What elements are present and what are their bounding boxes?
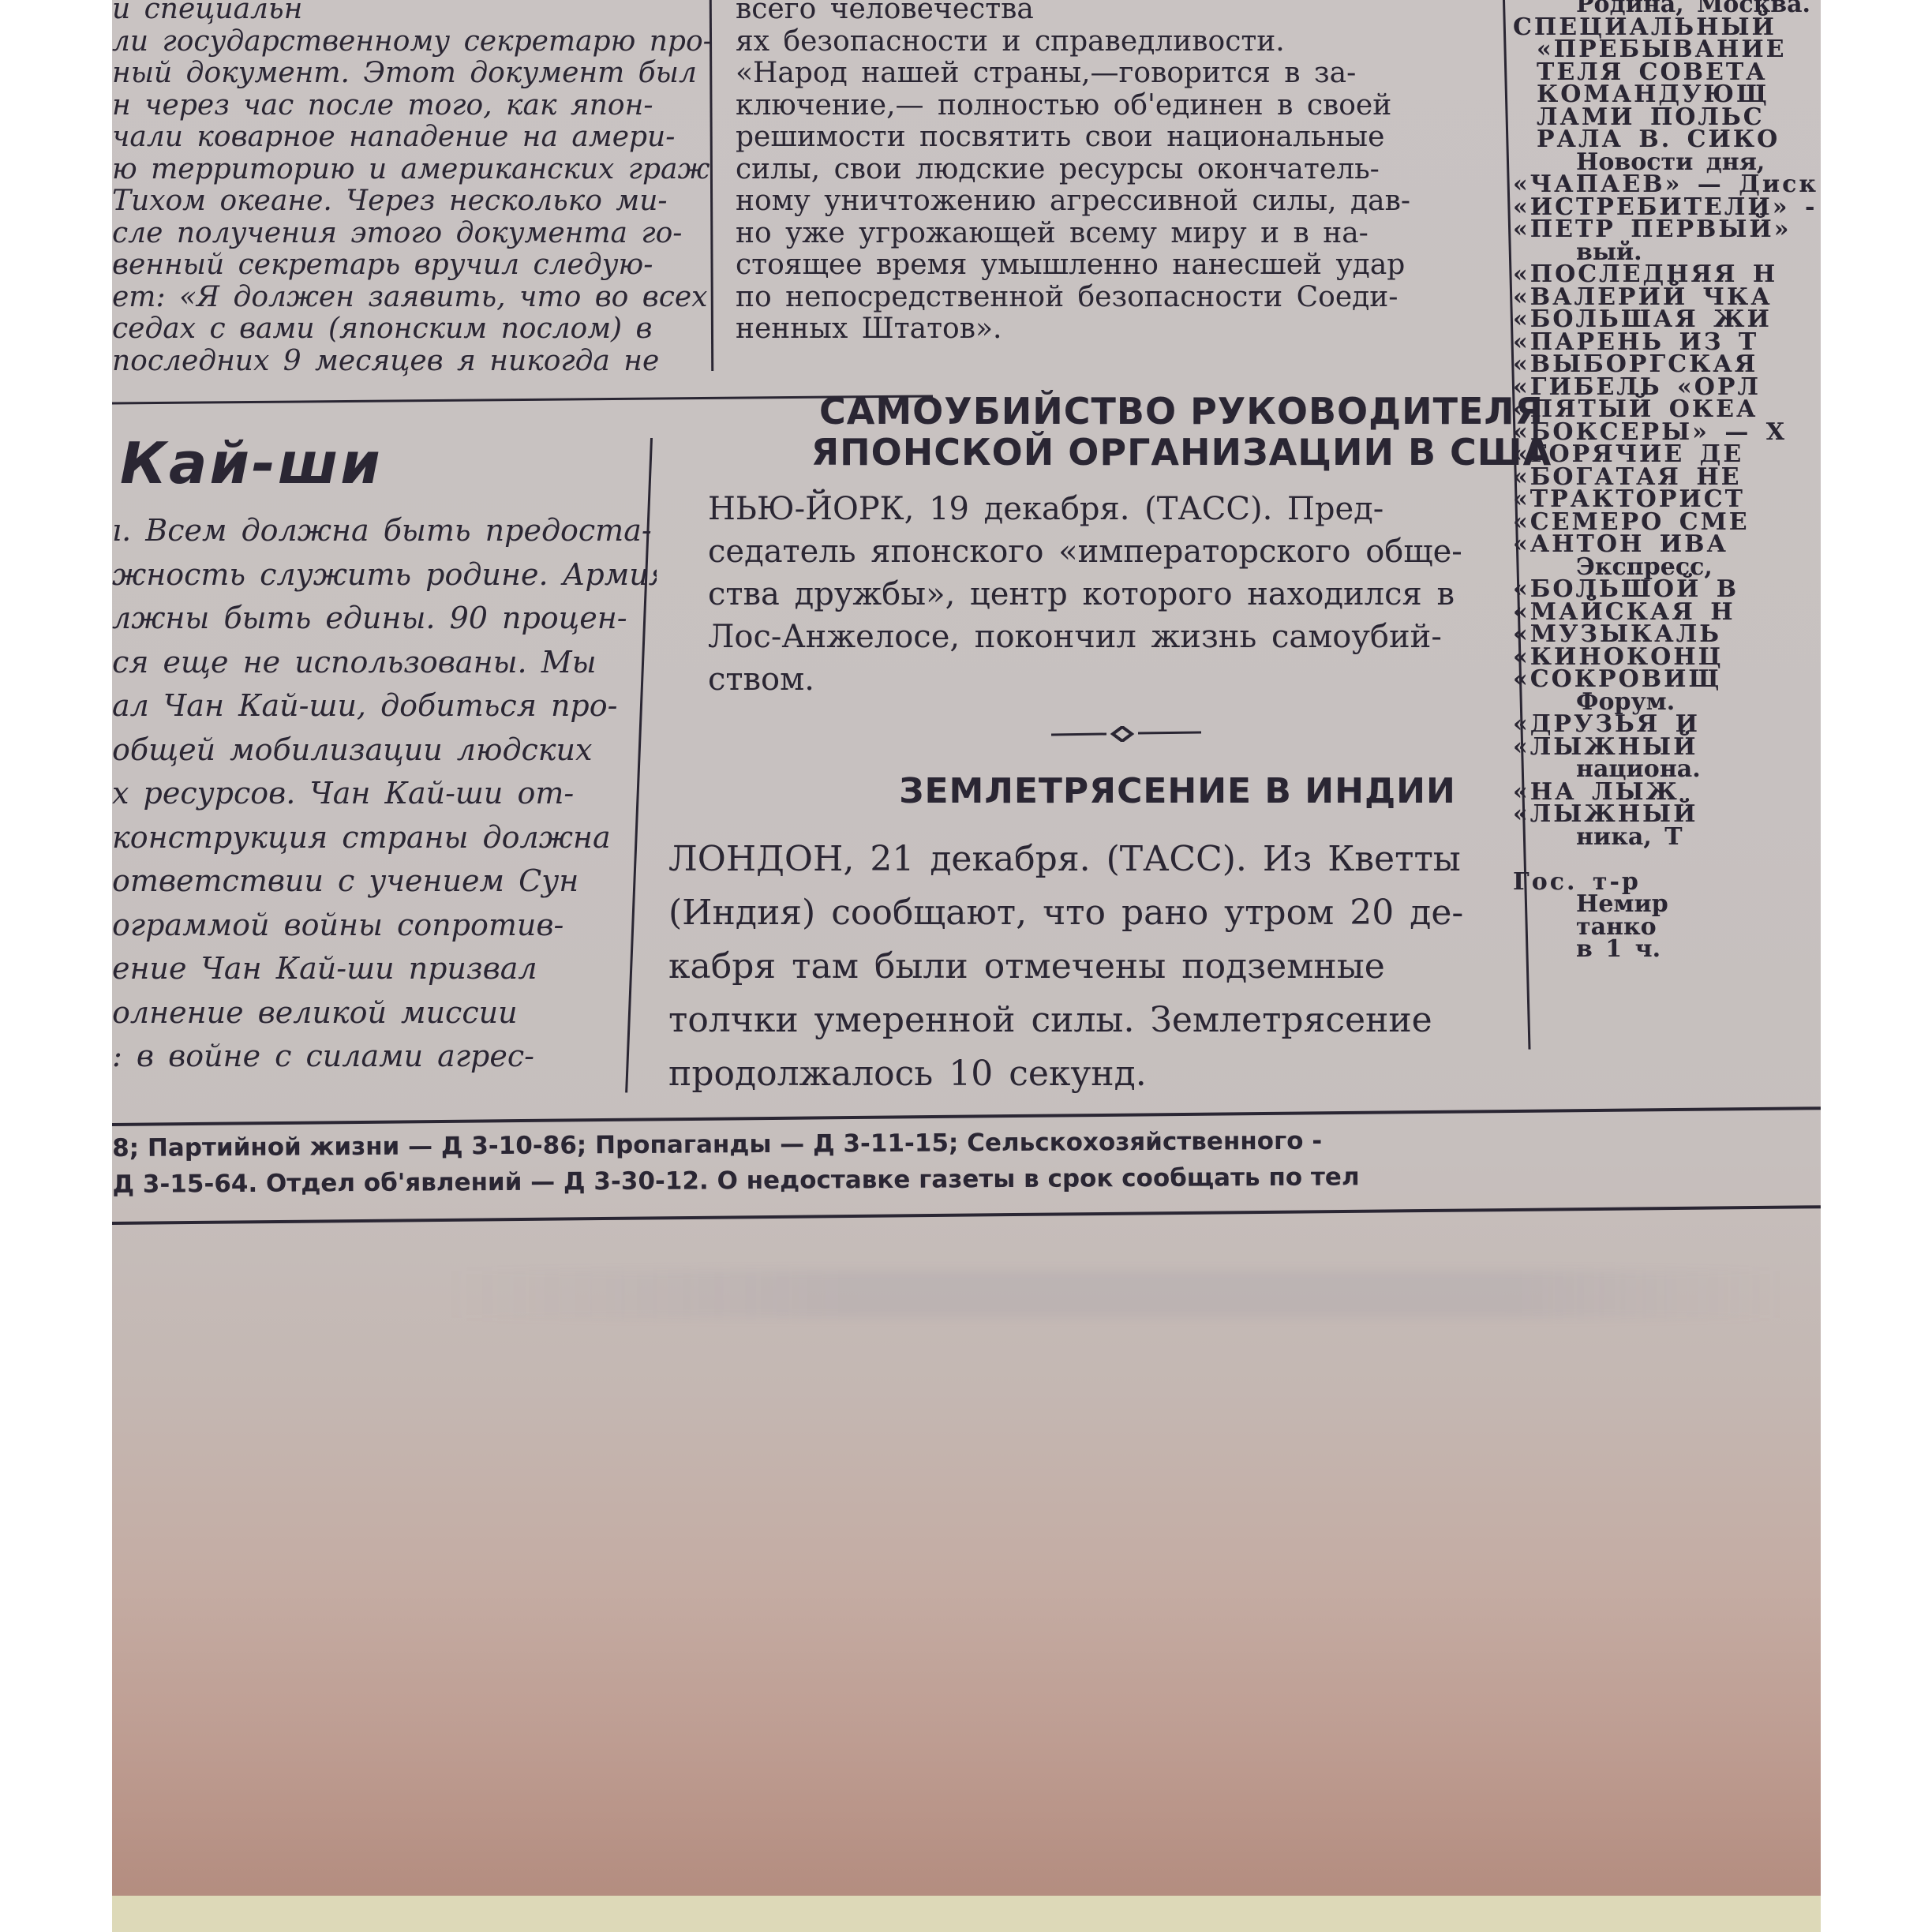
text-line: всего человечества bbox=[736, 0, 1619, 26]
bleed-through-text bbox=[444, 1271, 1785, 1318]
suicide-headline-line-1: САМОУБИЙСТВО РУКОВОДИТЕЛЯ bbox=[700, 391, 1663, 432]
text-line: : в войне с силами агрес- bbox=[112, 1035, 657, 1079]
text-line: конструкция страны должна bbox=[112, 816, 657, 860]
text-line: сле получения этого документа го- bbox=[112, 218, 712, 250]
text-line: лжны быть едины. 90 процен- bbox=[112, 597, 657, 641]
suicide-article-body: НЬЮ-ЙОРК, 19 декабря. (ТАСС). Пред-седат… bbox=[708, 488, 1655, 701]
chiang-kai-shek-article-body: ı. Всем должна быть предоста-жность служ… bbox=[112, 509, 657, 1079]
text-line: чали коварное нападение на амери- bbox=[112, 122, 712, 154]
text-line: ı. Всем должна быть предоста- bbox=[112, 509, 657, 553]
text-line: продолжалось 10 секунд. bbox=[668, 1047, 1600, 1101]
text-line: ограммой войны сопротив- bbox=[112, 904, 657, 948]
text-line: последних 9 месяцев я никогда не bbox=[112, 346, 712, 378]
text-line: ный документ. Этот документ был bbox=[112, 58, 712, 90]
text-line: жность служить родине. Армия bbox=[112, 553, 657, 597]
middle-top-column: всего человечестваях безопасности и спра… bbox=[736, 0, 1619, 346]
editorial-phone-directory: 8; Партийной жизни — Д 3-10-86; Пропаган… bbox=[112, 1120, 1821, 1203]
text-line: кабря там были отмечены подземные bbox=[668, 940, 1600, 994]
text-line: Тихом океане. Через несколько ми- bbox=[112, 185, 712, 218]
text-line: НЬЮ-ЙОРК, 19 декабря. (ТАСС). Пред- bbox=[708, 488, 1655, 530]
text-line: «Народ нашей страны,—говорится в за- bbox=[736, 58, 1619, 90]
text-line: ством. bbox=[708, 658, 1655, 701]
text-line: Лос-Анжелосе, покончил жизнь самоубий- bbox=[708, 616, 1655, 658]
text-line: н через час после того, как япон- bbox=[112, 90, 712, 122]
text-line: силы, свои людские ресурсы окончатель- bbox=[736, 154, 1619, 186]
text-line: и специальн bbox=[112, 0, 712, 26]
text-line: решимости посвятить свои национальные bbox=[736, 122, 1619, 154]
text-line: ю территорию и американских граж- bbox=[112, 154, 712, 186]
text-line: ному уничтожению агрессивной силы, дав- bbox=[736, 185, 1619, 218]
left-top-column: и специальнли государственному секретарю… bbox=[112, 0, 712, 377]
earthquake-article-headline: ЗЕМЛЕТРЯСЕНИЕ В ИНДИИ bbox=[743, 772, 1612, 811]
text-line: (Индия) сообщают, что рано утром 20 де- bbox=[668, 886, 1600, 940]
newspaper-page: и специальнли государственному секретарю… bbox=[112, 0, 1821, 1932]
text-line: ответствии с учением Сун bbox=[112, 859, 657, 904]
text-line: ключение,— полностью об'единен в своей bbox=[736, 90, 1619, 122]
text-line: общей мобилизации людских bbox=[112, 728, 657, 773]
text-line: по непосредственной безопасности Соеди- bbox=[736, 282, 1619, 314]
footer-rule-bottom bbox=[112, 1205, 1821, 1225]
text-line: но уже угрожающей всему миру и в на- bbox=[736, 218, 1619, 250]
text-line: х ресурсов. Чан Кай-ши от- bbox=[112, 772, 657, 816]
text-line: стоящее время умышленно нанесшей удар bbox=[736, 249, 1619, 282]
earthquake-article-body: ЛОНДОН, 21 декабря. (ТАСС). Из Кветты(Ин… bbox=[668, 833, 1600, 1101]
text-line: ся еще не использованы. Мы bbox=[112, 641, 657, 685]
text-line: ет: «Я должен заявить, что во всех bbox=[112, 282, 712, 314]
text-line: ение Чан Кай-ши призвал bbox=[112, 947, 657, 991]
text-line: седах с вами (японским послом) в bbox=[112, 313, 712, 346]
text-line: венный секретарь вручил следую- bbox=[112, 249, 712, 282]
text-line: олнение великой миссии bbox=[112, 991, 657, 1035]
suicide-article-headline: САМОУБИЙСТВО РУКОВОДИТЕЛЯ ЯПОНСКОЙ ОРГАН… bbox=[700, 391, 1663, 473]
cinema-listings-column: Родина, Москва.СПЕЦИАЛЬНЫЙ«ПРЕБЫВАНИЕТЕЛ… bbox=[1513, 0, 1821, 961]
text-line: толчки умеренной силы. Землетрясение bbox=[668, 994, 1600, 1047]
text-line: седатель японского «императорского обще- bbox=[708, 530, 1655, 573]
text-line: ях безопасности и справедливости. bbox=[736, 26, 1619, 58]
text-line: ли государственному секретарю про- bbox=[112, 26, 712, 58]
text-line: ЛОНДОН, 21 декабря. (ТАСС). Из Кветты bbox=[668, 833, 1600, 886]
text-line: ства дружбы», центр которого находился в bbox=[708, 573, 1655, 616]
text-line: ненных Штатов». bbox=[736, 313, 1619, 346]
chiang-kai-shek-headline: Кай-ши bbox=[120, 430, 383, 496]
suicide-headline-line-2: ЯПОНСКОЙ ОРГАНИЗАЦИИ В США bbox=[700, 432, 1663, 473]
listing-line: «ПЕТР ПЕРВЫЙ» bbox=[1513, 219, 1821, 241]
paper-edge bbox=[112, 1896, 1821, 1932]
diamond-ornament-icon bbox=[1051, 726, 1201, 742]
text-line: ал Чан Кай-ши, добиться про- bbox=[112, 684, 657, 728]
